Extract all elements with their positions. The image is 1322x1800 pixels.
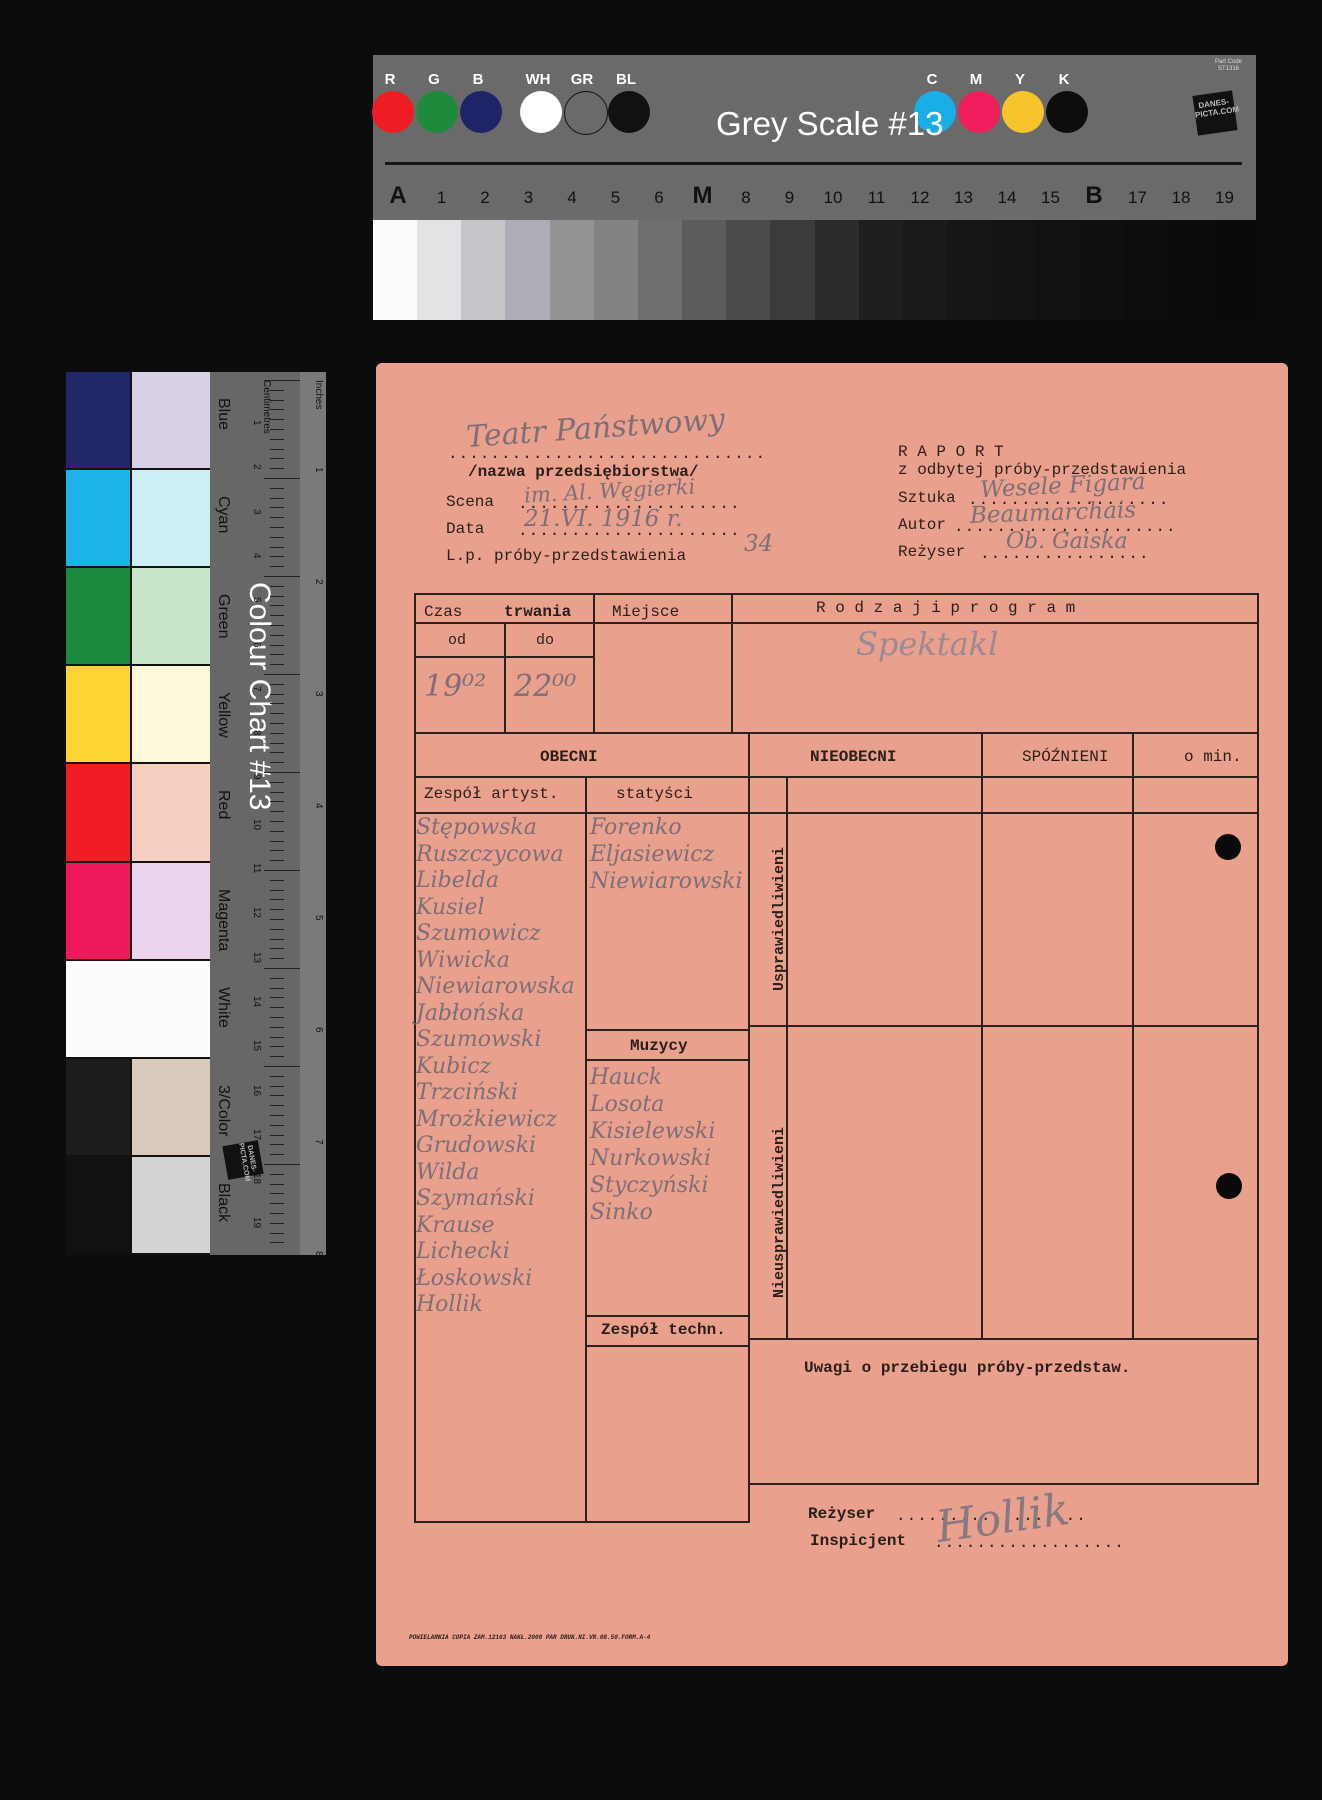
- dotted-line: ..............................: [448, 445, 766, 463]
- ruler-tick: [270, 605, 284, 606]
- data-value: 21.VI. 1916 r.: [524, 506, 683, 532]
- cm-number: 17: [251, 1129, 262, 1140]
- ruler-tick: [270, 733, 284, 734]
- extra-name: Forenko: [590, 815, 682, 840]
- g-dot-swatch: [416, 91, 458, 133]
- ruler-tick: [270, 988, 284, 989]
- ruler-tick: [270, 978, 284, 979]
- swatch-label: Magenta: [214, 889, 232, 951]
- ruler-tick: [270, 517, 284, 518]
- ruler-tick: [270, 919, 284, 920]
- muzycy-header: Muzycy: [630, 1037, 688, 1055]
- part-code-label: Part Code: [1215, 59, 1242, 66]
- raport-title: R A P O R T: [898, 443, 1004, 461]
- ruler-tick: [270, 1174, 284, 1175]
- table-rule: [585, 1029, 748, 1031]
- swatch-yellow-light: [132, 666, 210, 764]
- dot-label: C: [912, 71, 952, 88]
- ruler-tick: [270, 1105, 284, 1106]
- table-rule: [585, 1059, 748, 1061]
- ruler-tick: [264, 478, 300, 479]
- table-rule: [731, 593, 733, 732]
- swatch-label: Black: [214, 1183, 232, 1222]
- ruler-unit-centimetres: Centimetres: [261, 380, 272, 434]
- grey-patch: [638, 220, 682, 320]
- artist-name: Trzciński: [416, 1080, 518, 1105]
- swatch-magenta-light: [132, 863, 210, 961]
- dot-label: R: [370, 71, 410, 88]
- inch-number: 1: [313, 467, 324, 473]
- scale-label: 15: [1036, 188, 1066, 208]
- scale-label: 17: [1123, 188, 1153, 208]
- footer-inspicjent-label: Inspicjent: [810, 1532, 906, 1550]
- cm-number: 9: [251, 774, 262, 780]
- ruler-tick: [270, 684, 284, 685]
- punch-hole: [1216, 1173, 1242, 1199]
- scena-label: Scena: [446, 493, 494, 511]
- ruler-tick: [270, 841, 284, 842]
- extra-name: Eljasiewicz: [590, 842, 714, 867]
- grey-patch: [1080, 220, 1124, 320]
- ruler-tick: [270, 831, 284, 832]
- grey-patch: [594, 220, 638, 320]
- table-rule: [748, 1483, 1257, 1485]
- cm-number: 14: [251, 996, 262, 1007]
- cm-number: 6: [251, 642, 262, 648]
- inch-number: 6: [313, 1027, 324, 1033]
- punch-hole: [1215, 834, 1241, 860]
- ruler-tick: [270, 703, 284, 704]
- ruler-tick: [270, 801, 284, 802]
- inch-number: 8: [313, 1251, 324, 1257]
- cm-number: 3: [251, 509, 262, 515]
- artist-name: Kusiel: [416, 895, 485, 920]
- ruler-tick: [270, 429, 284, 430]
- scale-label: 6: [644, 188, 674, 208]
- artist-name: Łoskowski: [416, 1266, 532, 1291]
- artist-name: Szumowicz: [416, 921, 541, 946]
- dot-label: G: [414, 71, 454, 88]
- dot-label: BL: [606, 71, 646, 88]
- ruler-tick: [270, 390, 284, 391]
- dot-label: Y: [1000, 71, 1040, 88]
- scale-label: 1: [427, 188, 457, 208]
- ruler-tick: [270, 1242, 284, 1243]
- r-dot-swatch: [372, 91, 414, 133]
- table-rule: [504, 622, 506, 732]
- artist-name: Niewiarowska: [416, 974, 575, 999]
- scale-label: 9: [775, 188, 805, 208]
- inch-number: 7: [313, 1139, 324, 1145]
- ruler-tick: [270, 419, 284, 420]
- grey-patch: [1035, 220, 1079, 320]
- swatch-blue-light: [132, 372, 210, 470]
- grey-patch: [461, 220, 505, 320]
- inch-number: 3: [313, 691, 324, 697]
- artist-name: Wilda: [416, 1160, 480, 1185]
- ruler-tick: [270, 1184, 284, 1185]
- rodzaj-header: R o d z a j i p r o g r a m: [816, 599, 1075, 617]
- ruler-tick: [270, 488, 284, 489]
- cm-number: 15: [251, 1040, 262, 1051]
- cm-number: 10: [251, 819, 262, 830]
- spoznieni-header: SPÓŹNIENI: [1022, 748, 1108, 766]
- ruler-tick: [270, 948, 284, 949]
- table-rule: [748, 732, 750, 1523]
- table-rule: [1132, 732, 1134, 1338]
- ruler-tick: [264, 870, 300, 871]
- musician-name: Kisielewski: [590, 1119, 715, 1144]
- subheader-rule: [414, 812, 1257, 814]
- obecni-header: OBECNI: [540, 748, 598, 766]
- divider: [385, 162, 1242, 165]
- ruler-tick: [270, 752, 284, 753]
- nieobecni-header: NIEOBECNI: [810, 748, 896, 766]
- statysci-header: statyści: [616, 785, 693, 803]
- swatch-label: Green: [214, 594, 232, 638]
- swatch-label: Red: [214, 790, 232, 819]
- grey-patch: [1168, 220, 1212, 320]
- table-rule: [414, 593, 1257, 595]
- miejsce-header: Miejsce: [612, 603, 679, 621]
- ruler-tick: [270, 654, 284, 655]
- ruler-tick: [270, 625, 284, 626]
- inch-number: 5: [313, 915, 324, 921]
- cm-number: 12: [251, 907, 262, 918]
- musician-name: Sinko: [590, 1200, 653, 1225]
- danes-picta-logo: DANES-PICTA.COM: [1192, 90, 1237, 135]
- artist-name: Libelda: [416, 868, 499, 893]
- table-rule: [585, 776, 587, 1523]
- ruler-tick: [264, 968, 300, 969]
- b-dot-swatch: [460, 91, 502, 133]
- grey-patch: [770, 220, 814, 320]
- ruler-tick: [270, 409, 284, 410]
- lp-value: 34: [744, 531, 773, 557]
- m-dot-swatch: [958, 91, 1000, 133]
- grey-patch: [373, 220, 417, 320]
- scale-label: A: [383, 182, 413, 210]
- ruler-tick: [270, 821, 284, 822]
- ruler-tick: [270, 1223, 284, 1224]
- ruler-tick: [270, 615, 284, 616]
- scale-label: B: [1079, 182, 1109, 210]
- swatch-cyan-light: [132, 470, 210, 568]
- ruler-tick: [270, 1125, 284, 1126]
- cm-number: 18: [251, 1173, 262, 1184]
- swatch-green-strong: [66, 568, 132, 666]
- rezyser-label: Reżyser: [898, 543, 965, 561]
- grey-patches: [373, 220, 1256, 320]
- ruler-tick: [270, 635, 284, 636]
- ruler-tick: [270, 860, 284, 861]
- print-note: POWIELARNIA COPIA ZAM.12163 NAKŁ.2000 PA…: [409, 1634, 650, 1641]
- swatch-3-color-strong: [66, 1059, 132, 1157]
- cm-number: 16: [251, 1085, 262, 1096]
- ruler-tick: [270, 792, 284, 793]
- extra-name: Niewiarowski: [590, 869, 743, 894]
- ruler-tick: [270, 929, 284, 930]
- dot-label: GR: [562, 71, 602, 88]
- dot-label: B: [458, 71, 498, 88]
- scale-label: M: [688, 182, 718, 210]
- swatch-yellow-strong: [66, 666, 132, 764]
- ruler-tick: [270, 939, 284, 940]
- ruler-tick: [270, 439, 284, 440]
- artist-name: Wiwicka: [416, 948, 510, 973]
- table-rule: [748, 1338, 1257, 1340]
- musician-name: Hauck: [590, 1065, 662, 1090]
- do-header: do: [536, 632, 554, 649]
- scale-label: 19: [1210, 188, 1240, 208]
- ruler-tick: [270, 468, 284, 469]
- scale-label: 2: [470, 188, 500, 208]
- ruler-tick: [270, 997, 284, 998]
- grey-patch: [550, 220, 594, 320]
- ruler-tick: [264, 1066, 300, 1067]
- ruler-tick: [270, 1115, 284, 1116]
- part-code-value: ST1316: [1215, 66, 1242, 73]
- ruler-tick: [270, 850, 284, 851]
- musician-name: Styczyński: [590, 1173, 709, 1198]
- cm-number: 8: [251, 730, 262, 736]
- autor-label: Autor: [898, 516, 946, 534]
- swatch-black-strong: [66, 1157, 132, 1255]
- colour-chart-card: BlueCyanGreenYellowRedMagentaWhite3/Colo…: [66, 372, 326, 1255]
- zespol-techn-header: Zespół techn.: [601, 1321, 726, 1339]
- ruler-tick: [264, 1164, 300, 1165]
- ruler-tick: [270, 586, 284, 587]
- nieusprawiedliwieni-label: Nieusprawiedliwieni: [771, 1127, 788, 1298]
- ruler-tick: [270, 458, 284, 459]
- swatch-label: White: [214, 987, 232, 1028]
- ruler-tick: [270, 1213, 284, 1214]
- ruler-tick: [270, 694, 284, 695]
- ruler-tick: [264, 772, 300, 773]
- ruler-tick: [270, 1046, 284, 1047]
- swatch-label: Yellow: [214, 692, 232, 738]
- ruler-tick: [270, 1076, 284, 1077]
- table-rule: [414, 732, 1257, 734]
- artist-name: Lichecki: [416, 1239, 510, 1264]
- ruler-tick: [270, 899, 284, 900]
- artist-name: Szymański: [416, 1186, 535, 1211]
- artist-name: Szumowski: [416, 1027, 541, 1052]
- trwania-header: trwania: [504, 603, 571, 621]
- dot-label: WH: [518, 71, 558, 88]
- k-dot-swatch: [1046, 91, 1088, 133]
- grey-patch: [726, 220, 770, 320]
- swatch-label: 3/Color: [214, 1085, 232, 1137]
- scale-label: 13: [949, 188, 979, 208]
- ruler-tick: [270, 664, 284, 665]
- table-rule: [748, 1025, 1257, 1027]
- swatch-red-light: [132, 764, 210, 862]
- uwagi-label: Uwagi o przebiegu próby-przedstaw.: [804, 1359, 1130, 1377]
- scale-label: 14: [992, 188, 1022, 208]
- report-form: Teatr Państwowy ........................…: [376, 363, 1288, 1666]
- ruler-tick: [264, 674, 300, 675]
- cm-number: 13: [251, 952, 262, 963]
- od-value: 19⁰²: [424, 669, 486, 704]
- scale-label: 18: [1166, 188, 1196, 208]
- sztuka-label: Sztuka: [898, 489, 956, 507]
- cm-number: 19: [251, 1217, 262, 1228]
- ruler-tick: [270, 1095, 284, 1096]
- rezyser-value: Ob. Gaiska: [1006, 529, 1128, 554]
- scale-label: 12: [905, 188, 935, 208]
- grey-scale-title: Grey Scale #13: [716, 105, 943, 143]
- scale-label: 8: [731, 188, 761, 208]
- od-header: od: [448, 632, 466, 649]
- table-rule: [585, 1345, 748, 1347]
- part-code: Part Code ST1316: [1215, 59, 1242, 73]
- artist-name: Hollik: [416, 1292, 483, 1317]
- artist-name: Grudowski: [416, 1133, 536, 1158]
- ruler-tick: [270, 890, 284, 891]
- grey-patch: [815, 220, 859, 320]
- artist-name: Mrożkiewicz: [416, 1107, 557, 1132]
- musician-name: Nurkowski: [590, 1146, 711, 1171]
- scale-label: 11: [862, 188, 892, 208]
- ruler-tick: [270, 498, 284, 499]
- ruler-tick: [270, 1027, 284, 1028]
- footer-rezyser-label: Reżyser: [808, 1505, 875, 1523]
- grey-patch: [859, 220, 903, 320]
- wh-dot-swatch: [520, 91, 562, 133]
- o-min-header: o min.: [1184, 748, 1242, 766]
- y-dot-swatch: [1002, 91, 1044, 133]
- table-rule: [414, 622, 1257, 624]
- ruler-tick: [270, 645, 284, 646]
- ruler-tick: [270, 400, 284, 401]
- ruler: [300, 372, 326, 1255]
- ruler-tick: [270, 1037, 284, 1038]
- ruler-tick: [270, 537, 284, 538]
- grey-scale-card: RGBWHGRBLCMYK Grey Scale #13 Part Code S…: [373, 55, 1256, 320]
- czas-header: Czas: [424, 603, 462, 621]
- grey-patch: [417, 220, 461, 320]
- inch-number: 2: [313, 579, 324, 585]
- table-rule: [414, 1521, 748, 1523]
- ruler-tick: [270, 1203, 284, 1204]
- do-value: 22⁰⁰: [514, 669, 576, 704]
- cm-number: 7: [251, 686, 262, 692]
- ruler-tick: [270, 1144, 284, 1145]
- ruler-tick: [270, 449, 284, 450]
- ruler-tick: [270, 1233, 284, 1234]
- ruler-tick: [270, 782, 284, 783]
- swatch-label: Blue: [214, 398, 232, 430]
- cm-number: 1: [251, 420, 262, 426]
- swatch-red-strong: [66, 764, 132, 862]
- swatch-green-light: [132, 568, 210, 666]
- ruler-tick: [270, 556, 284, 557]
- ruler-tick: [270, 596, 284, 597]
- swatch-white: [66, 961, 210, 1059]
- program-value: Spektakl: [856, 625, 998, 663]
- ruler-tick: [270, 880, 284, 881]
- table-rule: [593, 593, 595, 732]
- scale-label: 4: [557, 188, 587, 208]
- grey-patch: [947, 220, 991, 320]
- usprawiedliwieni-label: Usprawiedliwieni: [771, 847, 788, 991]
- table-rule: [981, 732, 983, 1338]
- ruler-tick: [270, 762, 284, 763]
- ruler-tick: [264, 576, 300, 577]
- ruler-tick: [270, 811, 284, 812]
- table-rule: [414, 776, 1257, 778]
- swatch-blue-strong: [66, 372, 132, 470]
- ruler-tick: [270, 507, 284, 508]
- ruler-tick: [270, 1007, 284, 1008]
- artist-name: Krause: [416, 1213, 495, 1238]
- ruler-tick: [270, 1154, 284, 1155]
- ruler-tick: [270, 1135, 284, 1136]
- inch-number: 4: [313, 803, 324, 809]
- artist-name: Kubicz: [416, 1054, 491, 1079]
- ruler-tick: [270, 713, 284, 714]
- ruler-tick: [270, 1086, 284, 1087]
- grey-patch: [903, 220, 947, 320]
- data-label: Data: [446, 520, 484, 538]
- swatch-label: Cyan: [214, 496, 232, 533]
- ruler-tick: [270, 527, 284, 528]
- grey-patch: [1124, 220, 1168, 320]
- ruler-tick: [270, 566, 284, 567]
- scale-label: 3: [514, 188, 544, 208]
- ruler-tick: [270, 743, 284, 744]
- cm-number: 5: [251, 597, 262, 603]
- ruler-tick: [270, 1017, 284, 1018]
- musician-name: Losota: [590, 1092, 664, 1117]
- artist-name: Ruszczycowa: [416, 842, 563, 867]
- cm-number: 11: [251, 863, 262, 873]
- cm-number: 2: [251, 464, 262, 470]
- grey-patch: [505, 220, 549, 320]
- artist-name: Stępowska: [416, 815, 537, 840]
- ruler-tick: [264, 380, 300, 381]
- bl-dot-swatch: [608, 91, 650, 133]
- zespol-artyst-header: Zespół artyst.: [424, 785, 558, 803]
- table-rule: [1257, 593, 1259, 1485]
- swatch-black-light: [132, 1157, 210, 1255]
- swatch-magenta-strong: [66, 863, 132, 961]
- lp-label: L.p. próby-przedstawienia: [446, 547, 686, 565]
- cm-number: 4: [251, 553, 262, 559]
- ruler-tick: [270, 909, 284, 910]
- table-rule: [585, 1315, 748, 1317]
- ruler-tick: [270, 723, 284, 724]
- swatch-cyan-strong: [66, 470, 132, 568]
- ruler-tick: [270, 547, 284, 548]
- grey-patch: [991, 220, 1035, 320]
- swatch-3-color-light: [132, 1059, 210, 1157]
- ruler-tick: [270, 1193, 284, 1194]
- scale-label: 10: [818, 188, 848, 208]
- grey-patch: [682, 220, 726, 320]
- ruler-tick: [270, 958, 284, 959]
- dot-label: K: [1044, 71, 1084, 88]
- scale-label: 5: [601, 188, 631, 208]
- gr-dot-swatch: [564, 91, 608, 135]
- dot-label: M: [956, 71, 996, 88]
- grey-patch: [1212, 220, 1256, 320]
- ruler-tick: [270, 1056, 284, 1057]
- artist-name: Jabłońska: [416, 1001, 524, 1026]
- ruler-unit-inches: Inches: [313, 380, 324, 409]
